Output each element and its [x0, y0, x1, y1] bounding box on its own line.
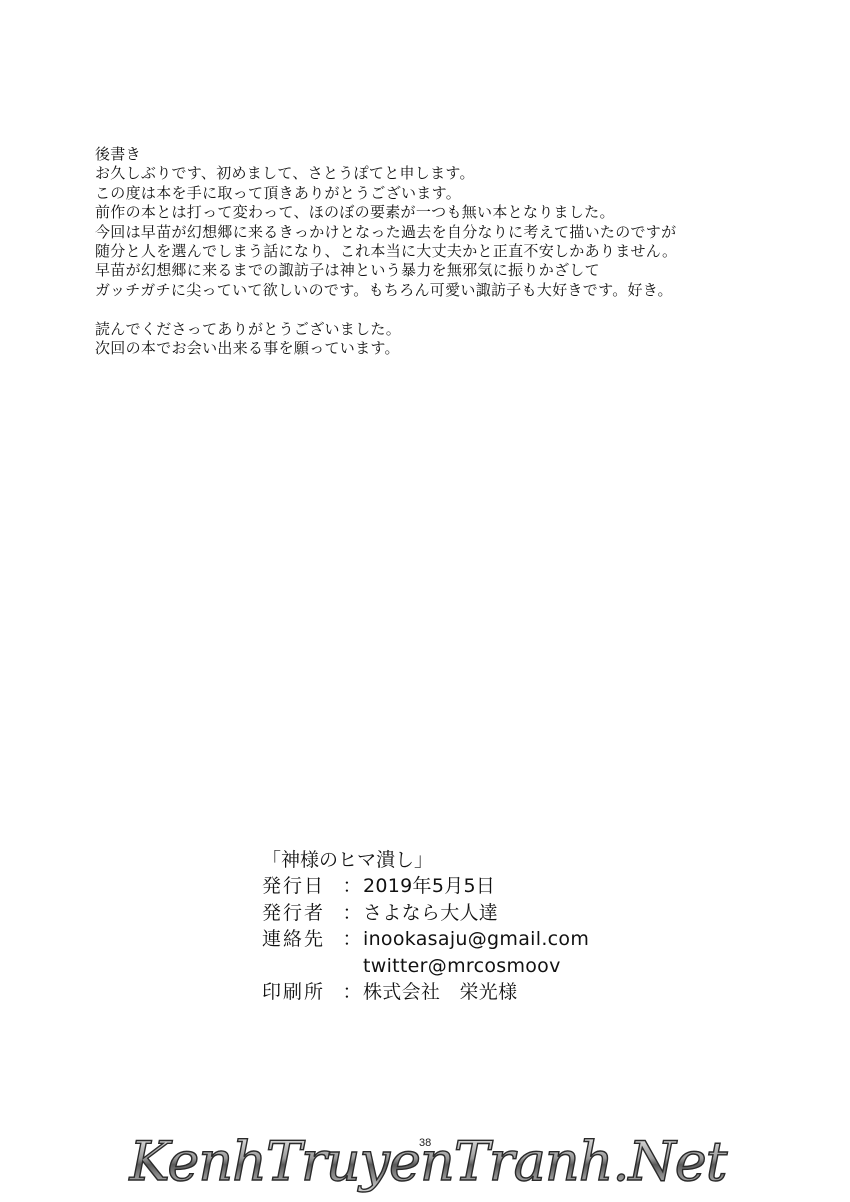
colophon-row-publish-date: 発行日 ： 2019年5月5日 — [262, 873, 589, 899]
contact-email: inookasaju@gmail.com — [363, 926, 589, 952]
colophon-separator: ： — [341, 926, 363, 952]
afterword-line: 随分と人を選んでしまう話になり、これ本当に大丈夫かと正直不安しかありません。 — [95, 242, 795, 261]
contact-twitter: twitter@mrcosmoov — [363, 953, 561, 979]
colophon-value: 2019年5月5日 — [363, 873, 495, 899]
page-number: 38 — [419, 1137, 431, 1149]
colophon-title: 「神様のヒマ潰し」 — [262, 847, 589, 873]
book-title: 「神様のヒマ潰し」 — [262, 847, 433, 873]
colophon-row-printer: 印刷所 ： 株式会社 栄光様 — [262, 979, 589, 1005]
afterword: 後書き お久しぶりです、初めまして、さとうぽてと申します。 この度は本を手に取っ… — [95, 145, 795, 358]
colophon-value: 株式会社 栄光様 — [363, 979, 517, 1005]
afterword-line: 次回の本でお会い出来る事を願っています。 — [95, 339, 795, 358]
afterword-line: 前作の本とは打って変わって、ほのぼの要素が一つも無い本となりました。 — [95, 203, 795, 222]
afterword-line: 今回は早苗が幻想郷に来るきっかけとなった過去を自分なりに考えて描いたのですが — [95, 223, 795, 242]
colophon-row-publisher: 発行者 ： さよなら大人達 — [262, 900, 589, 926]
colophon-value: さよなら大人達 — [363, 900, 498, 926]
colophon-row-contact-twitter: twitter@mrcosmoov — [262, 953, 589, 979]
paragraph-gap — [95, 300, 795, 319]
colophon-label: 印刷所 — [262, 979, 341, 1005]
colophon-label: 連絡先 — [262, 926, 341, 952]
colophon-separator: ： — [341, 900, 363, 926]
colophon-label: 発行者 — [262, 900, 341, 926]
colophon-separator: ： — [341, 873, 363, 899]
afterword-line: この度は本を手に取って頂きありがとうございます。 — [95, 184, 795, 203]
colophon: 「神様のヒマ潰し」 発行日 ： 2019年5月5日 発行者 ： さよなら大人達 … — [262, 847, 589, 1005]
afterword-line: 読んでくださってありがとうございました。 — [95, 320, 795, 339]
afterword-heading: 後書き — [95, 145, 795, 164]
afterword-line: お久しぶりです、初めまして、さとうぽてと申します。 — [95, 164, 795, 183]
afterword-line: ガッチガチに尖っていて欲しいのです。もちろん可愛い諏訪子も大好きです。好き。 — [95, 281, 795, 300]
colophon-row-contact: 連絡先 ： inookasaju@gmail.com — [262, 926, 589, 952]
afterword-line: 早苗が幻想郷に来るまでの諏訪子は神という暴力を無邪気に振りかざして — [95, 261, 795, 280]
colophon-separator: ： — [341, 979, 363, 1005]
colophon-label: 発行日 — [262, 873, 341, 899]
